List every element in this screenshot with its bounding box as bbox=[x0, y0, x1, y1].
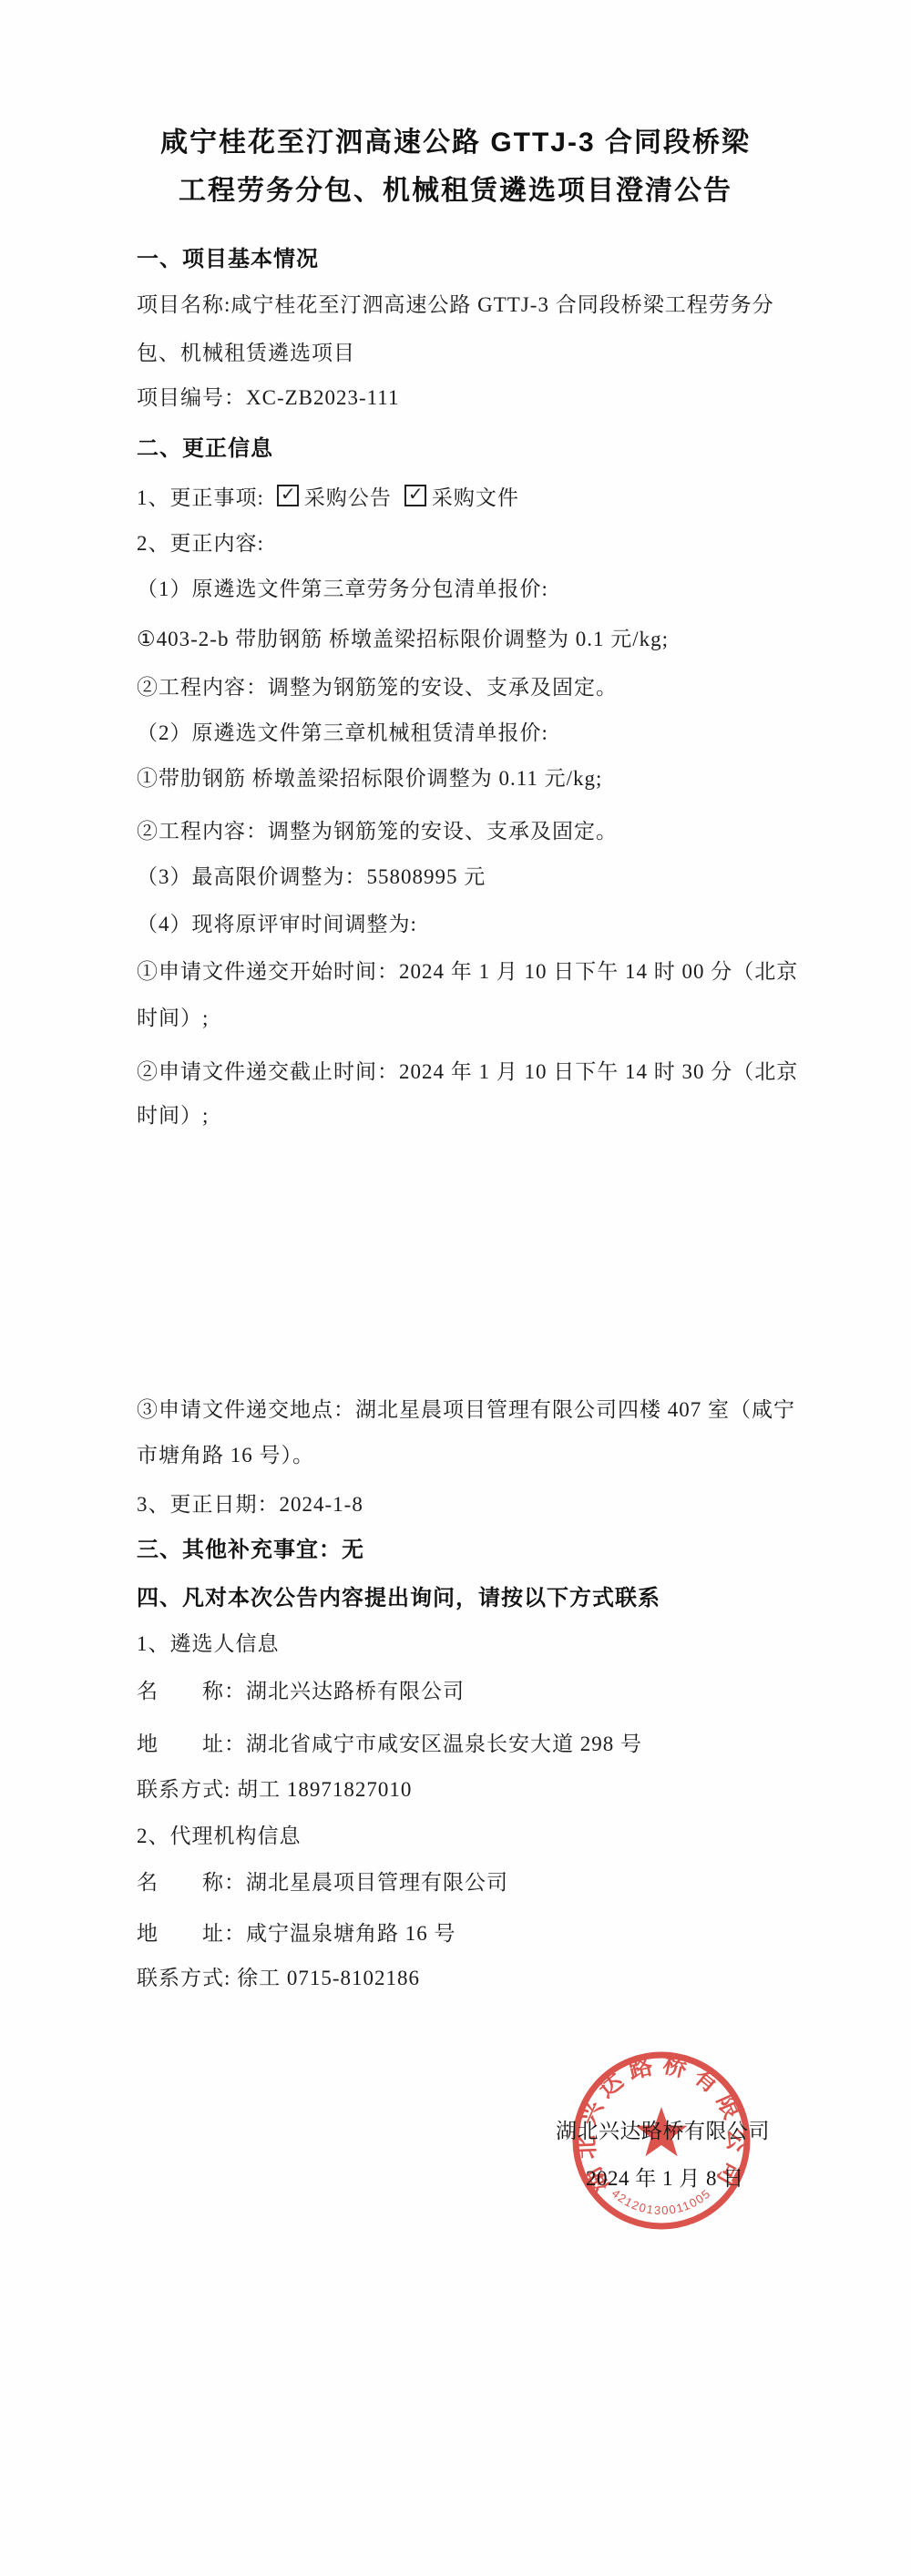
max-price-adjust-line: （3）最高限价调整为：55808995 元 bbox=[137, 854, 486, 900]
checkbox-label-procurement-announcement: 采购公告 bbox=[304, 486, 392, 509]
machine-work-content-line: ②工程内容：调整为钢筋笼的安设、支承及固定。 bbox=[137, 809, 618, 854]
review-time-adjust-heading: （4）现将原评审时间调整为: bbox=[137, 902, 417, 947]
section4-heading: 四、凡对本次公告内容提出询问，请按以下方式联系 bbox=[137, 1576, 660, 1621]
selector-address-line: 地 址：湖北省咸宁市咸安区温泉长安大道 298 号 bbox=[137, 1722, 642, 1767]
section3-heading: 三、其他补充事宜：无 bbox=[137, 1528, 364, 1573]
project-name-line-2: 包、机械租赁遴选项目 bbox=[137, 331, 355, 376]
agency-info-label: 2、代理机构信息 bbox=[137, 1814, 302, 1859]
checkbox-checked-icon bbox=[404, 485, 426, 506]
correction-items-line: 1、更正事项:采购公告采购文件 bbox=[137, 475, 519, 521]
selector-contact-line: 联系方式: 胡工 18971827010 bbox=[137, 1767, 412, 1813]
checkbox-label-procurement-document: 采购文件 bbox=[432, 486, 519, 509]
signature-company-line: 湖北兴达路桥有限公司 bbox=[556, 2111, 770, 2152]
labor-work-content-line: ②工程内容：调整为钢筋笼的安设、支承及固定。 bbox=[137, 665, 618, 710]
submit-deadline-line-1: ②申请文件递交截止时间：2024 年 1 月 10 日下午 14 时 30 分（… bbox=[137, 1049, 798, 1095]
document-page: 咸宁桂花至汀泗高速公路 GTTJ-3 合同段桥梁 工程劳务分包、机械租赁遴选项目… bbox=[0, 0, 911, 2576]
checkbox-checked-icon bbox=[277, 485, 299, 506]
agency-name-line: 名 称：湖北星晨项目管理有限公司 bbox=[137, 1860, 508, 1906]
section2-heading: 二、更正信息 bbox=[137, 426, 273, 472]
machine-rental-quote-heading: （2）原遴选文件第三章机械租赁清单报价: bbox=[137, 710, 548, 756]
correction-content-label: 2、更正内容: bbox=[137, 521, 264, 567]
submit-location-line-1: ③申请文件递交地点：湖北星晨项目管理有限公司四楼 407 室（咸宁 bbox=[137, 1387, 795, 1433]
project-name-line-1: 项目名称:咸宁桂花至汀泗高速公路 GTTJ-3 合同段桥梁工程劳务分 bbox=[137, 282, 774, 328]
labor-rebar-price-line: ①403-2-b 带肋钢筋 桥墩盖梁招标限价调整为 0.1 元/kg; bbox=[137, 617, 669, 662]
title-line-2: 工程劳务分包、机械租赁遴选项目澄清公告 bbox=[0, 169, 911, 214]
agency-contact-line: 联系方式: 徐工 0715-8102186 bbox=[137, 1956, 420, 2001]
submit-start-time-line-2: 时间）; bbox=[137, 996, 209, 1041]
title-line-1: 咸宁桂花至汀泗高速公路 GTTJ-3 合同段桥梁 bbox=[0, 120, 911, 166]
selector-info-label: 1、遴选人信息 bbox=[137, 1621, 280, 1667]
submit-location-line-2: 市塘角路 16 号）。 bbox=[137, 1433, 314, 1478]
labor-subcontract-quote-heading: （1）原遴选文件第三章劳务分包清单报价: bbox=[137, 567, 548, 612]
correction-date-line: 3、更正日期：2024-1-8 bbox=[137, 1482, 363, 1528]
project-code-line: 项目编号：XC-ZB2023-111 bbox=[137, 375, 399, 421]
selector-name-line: 名 称：湖北兴达路桥有限公司 bbox=[137, 1669, 465, 1714]
machine-rebar-price-line: ①带肋钢筋 桥墩盖梁招标限价调整为 0.11 元/kg; bbox=[137, 756, 602, 802]
section1-heading: 一、项目基本情况 bbox=[137, 237, 319, 282]
agency-address-line: 地 址：咸宁温泉塘角路 16 号 bbox=[137, 1911, 456, 1957]
correction-items-label: 1、更正事项: bbox=[137, 486, 264, 509]
submit-deadline-line-2: 时间）; bbox=[137, 1093, 209, 1139]
submit-start-time-line-1: ①申请文件递交开始时间：2024 年 1 月 10 日下午 14 时 00 分（… bbox=[137, 949, 798, 995]
signature-date-line: 2024 年 1 月 8 日 bbox=[586, 2158, 744, 2200]
